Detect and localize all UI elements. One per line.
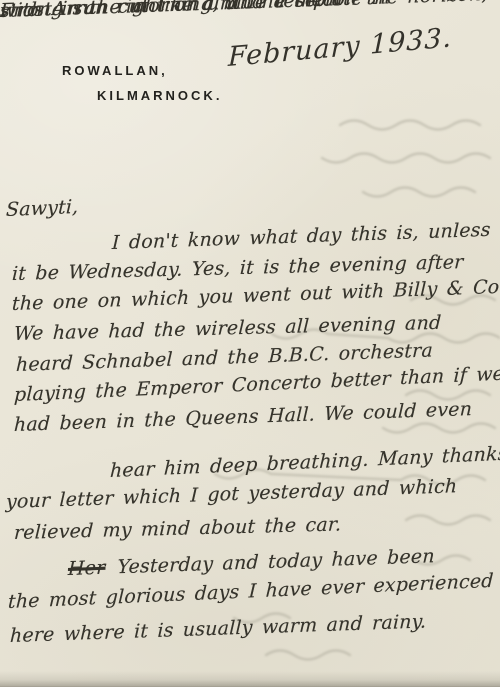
letterhead-town: ROWALLAN, (62, 63, 168, 78)
handwritten-line: your letter which I got yesterday and wh… (6, 475, 458, 513)
letter-date: February 1933. (228, 22, 453, 73)
handwritten-line: here where it is usually warm and rainy. (10, 610, 427, 647)
handwritten-line: had been in the Queens Hall. We could ev… (14, 398, 473, 436)
handwritten-line: with Arran cut like a blue template in (0, 0, 391, 22)
letter-page: ROWALLAN, KILMARNOCK. February 1933. Saw… (0, 0, 500, 687)
handwritten-line-text: Yesterday and today have been (117, 545, 435, 578)
handwritten-line: We have had the wireless all evening and (14, 312, 442, 345)
page-bottom-shadow (0, 671, 500, 687)
salutation: Sawyti, (6, 196, 79, 221)
handwritten-line: relieved my mind about the car. (14, 513, 342, 544)
struck-word: Her (68, 557, 106, 580)
handwritten-line: I don't know what day this is, unless (112, 219, 491, 254)
letterhead-county: KILMARNOCK. (97, 88, 222, 103)
